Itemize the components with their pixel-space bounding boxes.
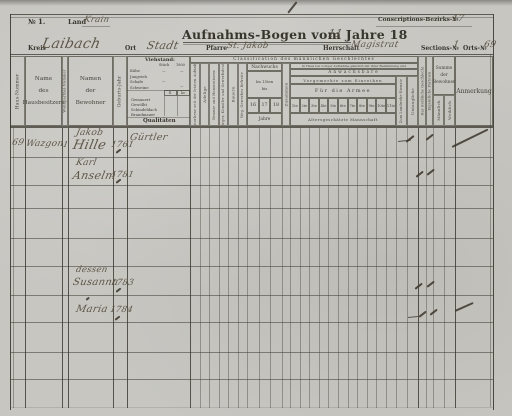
class-rot-label-1: Verstorbene seit der letzten Aufnahme — [193, 63, 197, 126]
wohnparthei-label: Wohnparthei-Nummer — [63, 69, 67, 112]
weiblich-label: Das weibliche Geschlecht — [420, 67, 424, 116]
armee-col-8: 8te — [357, 98, 367, 113]
armee-col-label-7: 7te — [349, 104, 355, 108]
class-rot-label-3: Beamte und Honoratioren — [212, 70, 216, 120]
pfarre-value-handwritten: St. Jakob — [226, 41, 270, 51]
column-header-haus-nummer: Haus-Nummer — [10, 56, 25, 126]
entry2-tick-1 — [416, 171, 424, 178]
kreis-value-handwritten: Laibach — [40, 36, 102, 52]
table-top-rule — [10, 54, 493, 55]
nachwuchs-range-cell: Im 15ten bis — [247, 71, 282, 98]
viehstand-dash-d: — — [180, 84, 184, 88]
anmerkung-label: Anmerkung — [456, 88, 492, 95]
viehstand-unit-col: Stück — [159, 63, 169, 67]
class-rot-label-5: Bauern — [230, 87, 235, 103]
class-rot-label-2: Adelige — [202, 86, 207, 103]
armee-col-6: 6te — [338, 98, 348, 113]
geburtsjahr-label: Geburts-Jahr — [118, 75, 123, 107]
class-rot-label-4: Bürger, Künstler und Gewerbsleute — [221, 63, 225, 126]
armee-col-10: 10te — [376, 98, 386, 113]
armee-col-4: 4te — [319, 98, 329, 113]
entry3-year-check — [116, 287, 122, 292]
nachwuchs-year-18: 18 — [270, 98, 282, 113]
entry4-dash-mark — [408, 316, 418, 318]
summe-line-1: Summe — [436, 66, 452, 71]
class-rot-label-6: Weg. Gewerbes Befreite — [240, 71, 244, 117]
nachwuchs-jahre-band: Jahre — [247, 113, 282, 126]
armee-col-11: 11te — [386, 98, 396, 113]
nachwuchs-range-2: bis — [262, 86, 268, 91]
qualitaeten-footer: Qualitäten — [143, 118, 176, 124]
viehstand-dash-c: — — [162, 79, 166, 83]
class-rot-right-2: Untaugliche — [407, 76, 418, 126]
viehstand-year-col: 1800 — [176, 63, 185, 67]
entry4-year-check — [115, 315, 121, 320]
viehstand-dash-a: — — [162, 69, 166, 73]
nachwuchs-year-16: 16 — [247, 98, 259, 113]
sheet-number: № 1. — [28, 17, 45, 26]
summe-maennlich-label: Männlich — [436, 100, 441, 121]
summe-weiblich-label: Weiblich — [447, 101, 452, 120]
nachwuchs-range-1: Im 15ten — [256, 79, 273, 84]
summe-line-2: der — [440, 73, 447, 78]
owner-label-1: Name — [35, 76, 52, 82]
main-group-line3-cell: Vorgemerkte zum Einreihen — [290, 76, 396, 84]
land-underline — [82, 26, 110, 27]
herrschaft-value-handwritten: Magistrat — [350, 40, 400, 50]
column-header-hausbesitzer: Name des Hausbesitzers — [25, 56, 62, 126]
classification-title: Classification des männlichen Geschlecht… — [233, 57, 375, 62]
class-rot-col-5: Bauern — [228, 63, 238, 126]
land-value-handwritten: Krain — [83, 15, 110, 25]
class-rot-col-6: Weg. Gewerbes Befreite — [238, 63, 248, 126]
entry1-owner: Wazgon — [25, 139, 64, 149]
viehstand-dash-b: — — [180, 69, 184, 73]
resident-label-2: der — [86, 88, 96, 94]
viehstand-row-1: Kühe — [130, 68, 140, 73]
weiblich-col: Das weibliche Geschlecht — [418, 56, 426, 126]
viehstand-row-2: Jungvieh — [130, 74, 147, 79]
entry1-occupation: Gürtler — [129, 132, 169, 143]
entry4-stray-mark — [86, 297, 90, 301]
class-rot-col-2: Adelige — [200, 63, 210, 126]
nachwuchs-year-17: 17 — [259, 98, 270, 113]
viehstand-row-3: Schafe — [130, 79, 143, 84]
armee-col-7: 7te — [348, 98, 358, 113]
year-16: 16 — [250, 103, 256, 108]
class-rot-right-label-2: Untaugliche — [410, 87, 415, 114]
year-17: 17 — [261, 103, 267, 108]
class-rot-right-label-1: Zum Landwehr-Dienste — [400, 79, 404, 123]
entry3-given-name: dessen — [75, 265, 109, 275]
entry1-surname: Hille — [71, 138, 107, 153]
entry2-given-name: Karl — [75, 158, 98, 168]
classification-title-cell: Classification des männlichen Geschlecht… — [190, 56, 418, 63]
main-group-line2-cell: Anwachsbare — [290, 69, 418, 76]
class-rot-col-1: Verstorbene seit der letzten Aufnahme — [190, 63, 200, 126]
armee-col-label-1: 1te — [292, 104, 298, 108]
armee-col-1: 1te — [290, 98, 300, 113]
conscription-value-handwritten: 17 — [451, 14, 465, 24]
conscription-label: Conscriptions-Bezirks-№ — [378, 17, 459, 23]
class-rot-right-1: Zum Landwehr-Dienste — [396, 76, 407, 126]
summe-weiblich-col: Weiblich — [444, 95, 455, 126]
resident-label-1: Namen — [80, 76, 101, 82]
armee-col-label-8: 8te — [359, 104, 365, 108]
ort-label: Ort — [125, 45, 136, 52]
summe-line-3: Bewohner — [433, 80, 455, 85]
summe-header: Summe der Bewohner — [433, 56, 455, 95]
orts-value-handwritten: 69 — [483, 40, 497, 50]
anmerkung-col: Anmerkung — [455, 56, 493, 126]
armee-col-9: 9te — [367, 98, 377, 113]
nachwuchs-header: Nachwuchs — [247, 63, 282, 71]
column-header-bewohner: Namen der Bewohner — [68, 56, 113, 126]
main-group-line2: Anwachsbare — [328, 70, 379, 75]
zusammen-label: Zusammen — [284, 83, 289, 107]
entry1-haus-nr: 69 — [11, 138, 25, 148]
nachwuchs-title: Nachwuchs — [251, 65, 278, 70]
form-right-border — [493, 14, 494, 410]
qual-col-line-2 — [177, 96, 178, 116]
qual-col-line-1 — [164, 96, 165, 116]
zusammen-col: Zusammen — [282, 63, 290, 126]
resident-label-3: Bewohner — [76, 100, 106, 106]
entry2-birth-year: 1781 — [110, 170, 135, 180]
form-top-border — [10, 14, 493, 15]
parteien-label: Eigentliche Parteien — [428, 71, 432, 110]
main-group-line4: Für die Armee — [315, 88, 371, 94]
class-rot-col-4: Bürger, Künstler und Gewerbsleute — [219, 63, 229, 126]
armee-band: Altersgeschätzte Mannschaft — [290, 113, 396, 126]
owner-label-2: des — [38, 88, 48, 94]
fl-label: fl. — [169, 91, 172, 95]
check-mark-top — [287, 1, 297, 13]
armee-col-label-2: 2te — [301, 104, 307, 108]
armee-band-label: Altersgeschätzte Mannschaft — [308, 117, 378, 122]
entry1-given-name: Jakob — [75, 128, 104, 138]
year-18: 18 — [273, 103, 279, 108]
haus-nummer-label: Haus-Nummer — [15, 73, 20, 109]
parteien-col: Eigentliche Parteien — [426, 56, 433, 126]
armee-col-label-11: 11te — [387, 104, 395, 108]
owner-label-3: Hausbesitzers — [23, 100, 65, 106]
viehstand-row-4: Schweine — [130, 85, 149, 90]
summe-maennlich-col: Männlich — [433, 95, 444, 126]
column-header-geburtsjahr: Geburts-Jahr — [113, 56, 127, 126]
ort-value-handwritten: Stadt — [146, 39, 180, 52]
entry4-birth-year: 1784 — [109, 305, 134, 315]
armee-col-3: 3te — [309, 98, 319, 113]
armee-col-label-10: 10te — [377, 104, 385, 108]
armee-col-label-6: 6te — [340, 104, 346, 108]
entry4-surname: Maria — [75, 304, 109, 315]
main-group-line4-cell: Für die Armee — [290, 84, 396, 98]
entry3-birth-year: 1783 — [110, 278, 135, 288]
armee-col-2: 2te — [300, 98, 310, 113]
title-year-handwritten: 11 — [327, 27, 344, 40]
armee-col-label-9: 9te — [369, 104, 375, 108]
kr-label: kr. — [181, 91, 186, 95]
main-group-line3: Vorgemerkte zum Einreihen — [303, 78, 382, 83]
armee-col-label-5: 5te — [330, 104, 336, 108]
armee-col-5: 5te — [328, 98, 338, 113]
fl-cell: fl. — [164, 90, 177, 96]
class-rot-col-3: Beamte und Honoratioren — [209, 63, 219, 126]
armee-col-label-4: 4te — [321, 104, 327, 108]
entry4-anmerkung-slash — [455, 302, 474, 312]
entry1-anmerkung-slash — [452, 129, 489, 148]
pfarre-label: Pfarre — [206, 45, 227, 52]
main-group-line1: In Haus bei voriger Aufnahme gänzlich mi… — [302, 64, 406, 68]
armee-col-label-3: 3te — [311, 104, 317, 108]
jahre-band-label: Jahre — [259, 117, 271, 122]
kr-cell: kr. — [177, 90, 190, 96]
